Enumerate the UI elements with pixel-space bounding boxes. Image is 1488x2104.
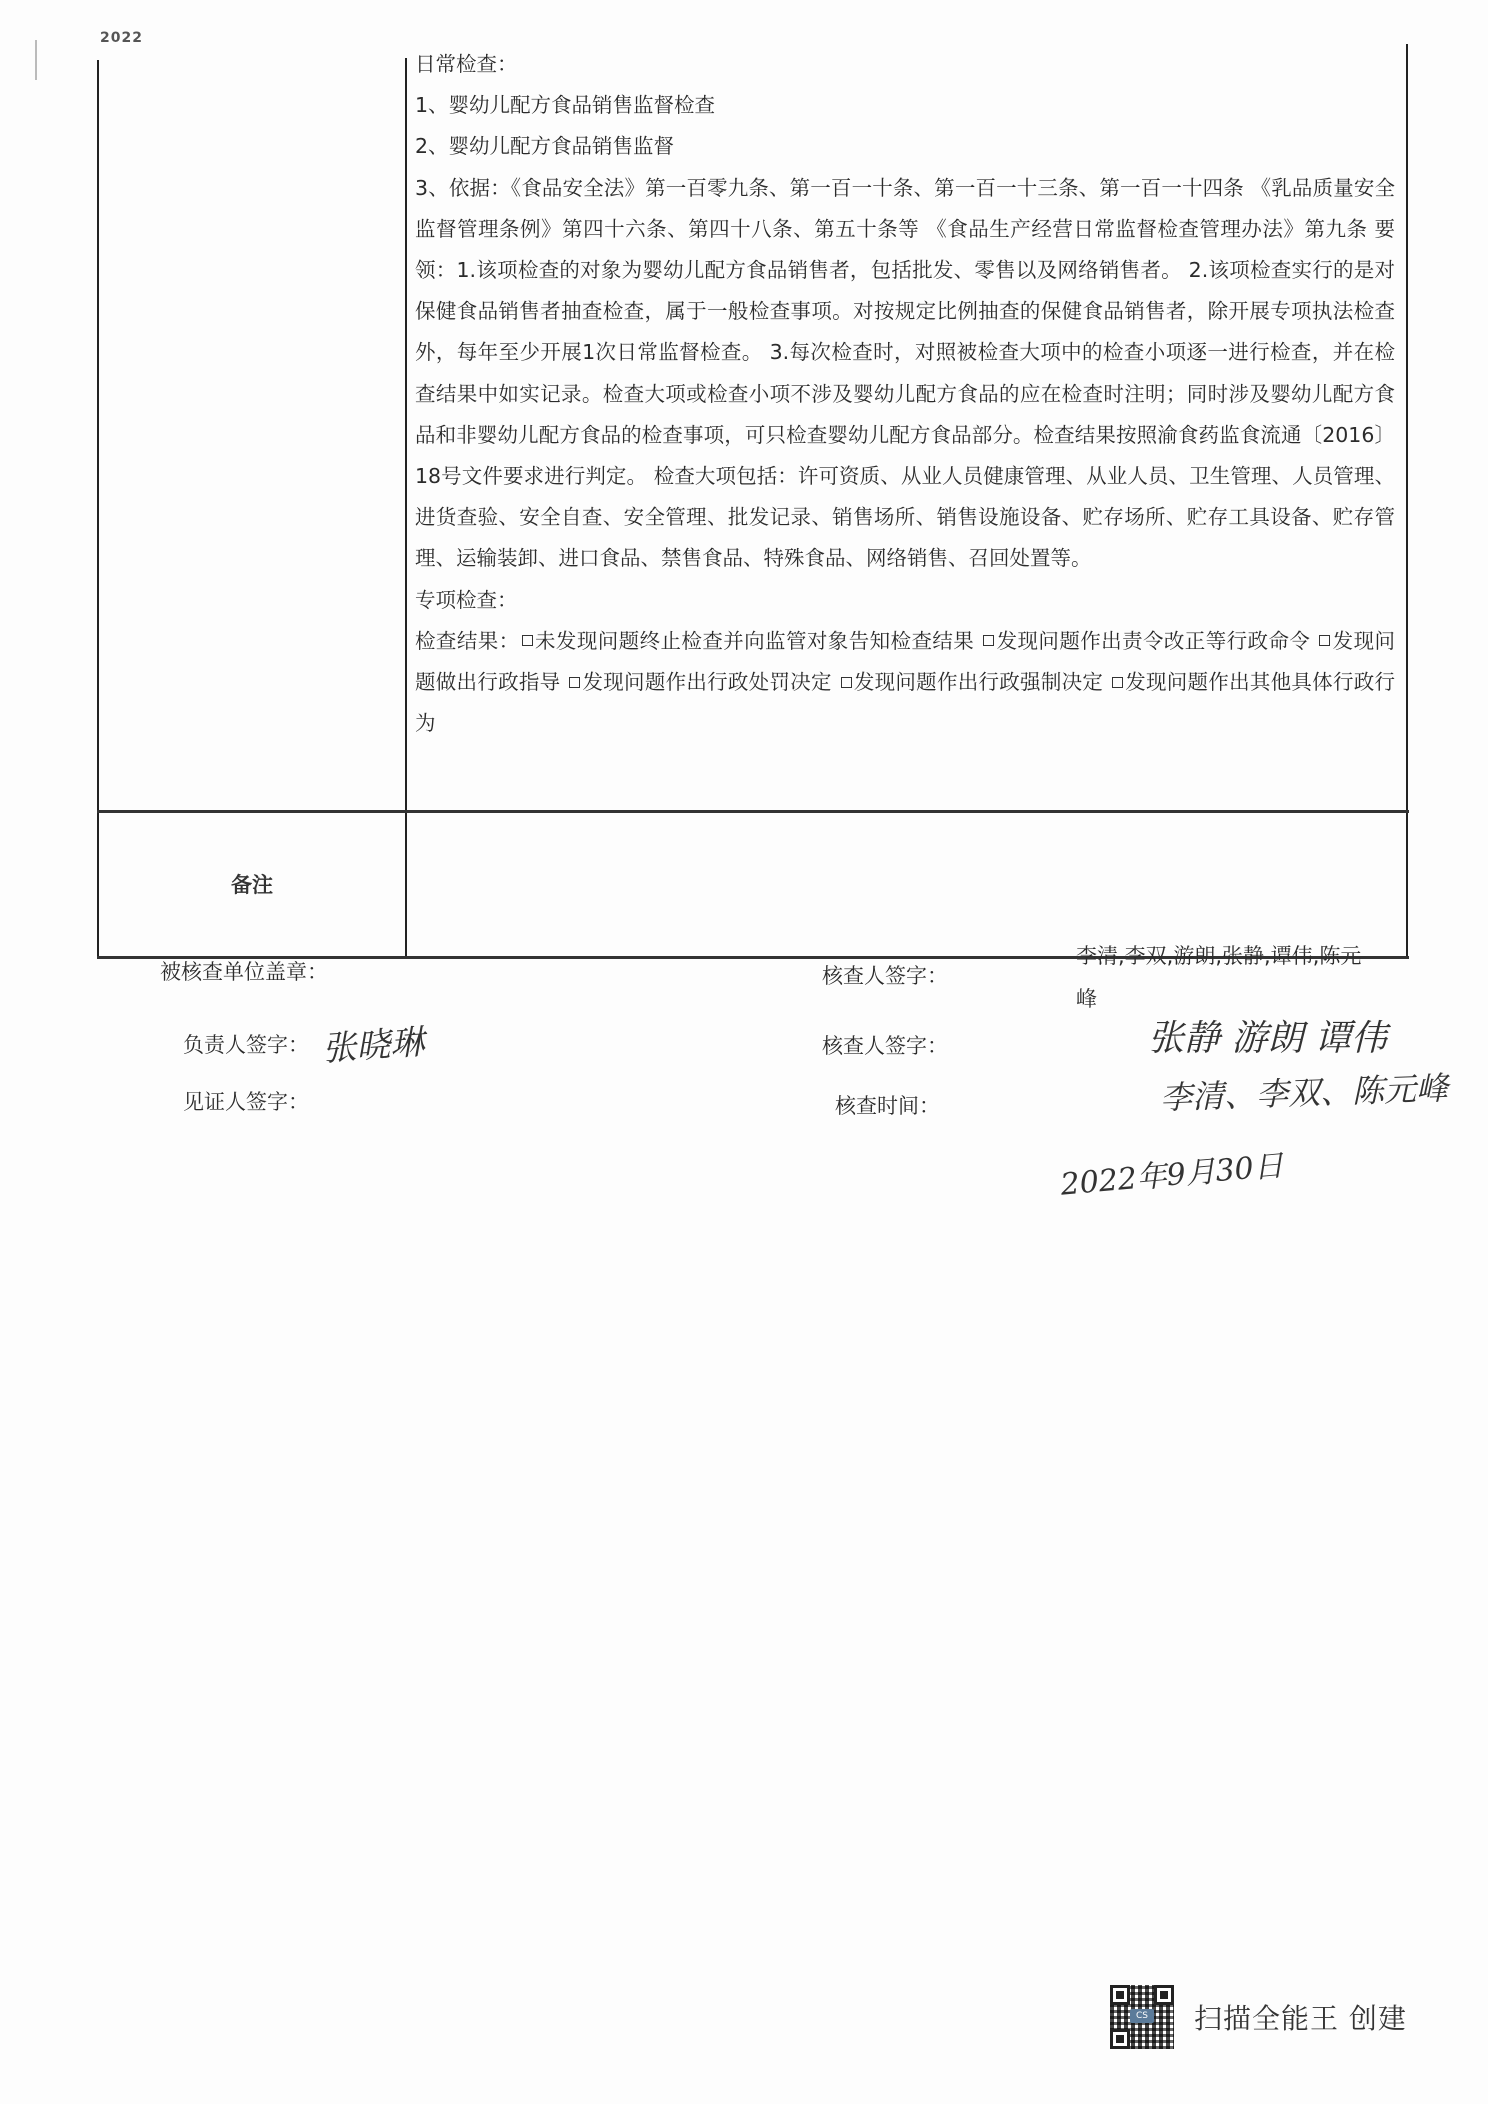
result-option: 发现问题作出行政处罚决定 bbox=[582, 670, 832, 694]
responsible-signature-label: 负责人签字： bbox=[183, 1029, 309, 1059]
inspection-time-label: 核查时间： bbox=[835, 1090, 940, 1120]
inspection-content-row: 日常检查： 1、婴幼儿配方食品销售监督检查 2、婴幼儿配方食品销售监督 3、依据… bbox=[97, 30, 1409, 810]
qr-code-icon: CS bbox=[1110, 1985, 1174, 2049]
inspector-names-printed: 李清,李双,游朗,张静,谭伟,陈元 bbox=[1076, 940, 1361, 970]
qr-badge: CS bbox=[1130, 2009, 1154, 2023]
result-checkbox[interactable] bbox=[569, 677, 580, 688]
inspector-handwritten-signatures-2: 李清、李双、陈元峰 bbox=[1159, 1063, 1448, 1119]
unit-seal-label: 被核查单位盖章： bbox=[160, 956, 328, 986]
result-option: 未发现问题终止检查并向监管对象告知检查结果 bbox=[535, 629, 975, 653]
result-checkbox[interactable] bbox=[841, 677, 852, 688]
result-option: 发现问题作出责令改正等行政命令 bbox=[996, 629, 1310, 653]
result-label: 检查结果： bbox=[415, 629, 520, 653]
result-checkbox[interactable] bbox=[1112, 677, 1123, 688]
qr-finder bbox=[1154, 1985, 1174, 2005]
watermark-text: 扫描全能王 创建 bbox=[1194, 1997, 1407, 2037]
remark-label: 备注 bbox=[97, 810, 407, 958]
remark-value bbox=[409, 814, 1403, 954]
qr-finder bbox=[1110, 1985, 1130, 2005]
content-item-basis: 3、依据：《食品安全法》第一百零九条、第一百一十条、第一百一十三条、第一百一十四… bbox=[415, 168, 1395, 580]
remark-row: 备注 bbox=[97, 810, 1409, 958]
content-item: 2、婴幼儿配方食品销售监督 bbox=[415, 126, 1395, 167]
result-checkbox[interactable] bbox=[983, 635, 994, 646]
result-checkbox[interactable] bbox=[522, 635, 533, 646]
daily-inspection-title: 日常检查： bbox=[415, 44, 1395, 85]
special-inspection-title: 专项检查： bbox=[415, 580, 1395, 621]
witness-signature-label: 见证人签字： bbox=[183, 1086, 309, 1116]
content-item: 1、婴幼儿配方食品销售监督检查 bbox=[415, 85, 1395, 126]
responsible-signature: 张晓琳 bbox=[320, 1015, 425, 1071]
scan-artifact bbox=[35, 40, 37, 80]
result-option: 发现问题作出行政强制决定 bbox=[854, 670, 1104, 694]
inspector-names-printed-cont: 峰 bbox=[1076, 983, 1097, 1013]
inspection-content-cell: 日常检查： 1、婴幼儿配方食品销售监督检查 2、婴幼儿配方食品销售监督 3、依据… bbox=[415, 44, 1395, 744]
inspector-handwritten-signatures: 张静 游朗 谭伟 bbox=[1148, 1010, 1387, 1061]
result-checkbox[interactable] bbox=[1319, 635, 1330, 646]
inspection-result: 检查结果：未发现问题终止检查并向监管对象告知检查结果 发现问题作出责令改正等行政… bbox=[415, 621, 1395, 745]
inspection-time-handwritten: 2022年9月30日 bbox=[1059, 1140, 1286, 1203]
qr-finder bbox=[1110, 2029, 1130, 2049]
inspector-signature-label-2: 核查人签字： bbox=[822, 1030, 948, 1060]
inspector-signature-label: 核查人签字： bbox=[822, 960, 948, 990]
scanner-watermark: CS 扫描全能王 创建 bbox=[1110, 1985, 1407, 2049]
